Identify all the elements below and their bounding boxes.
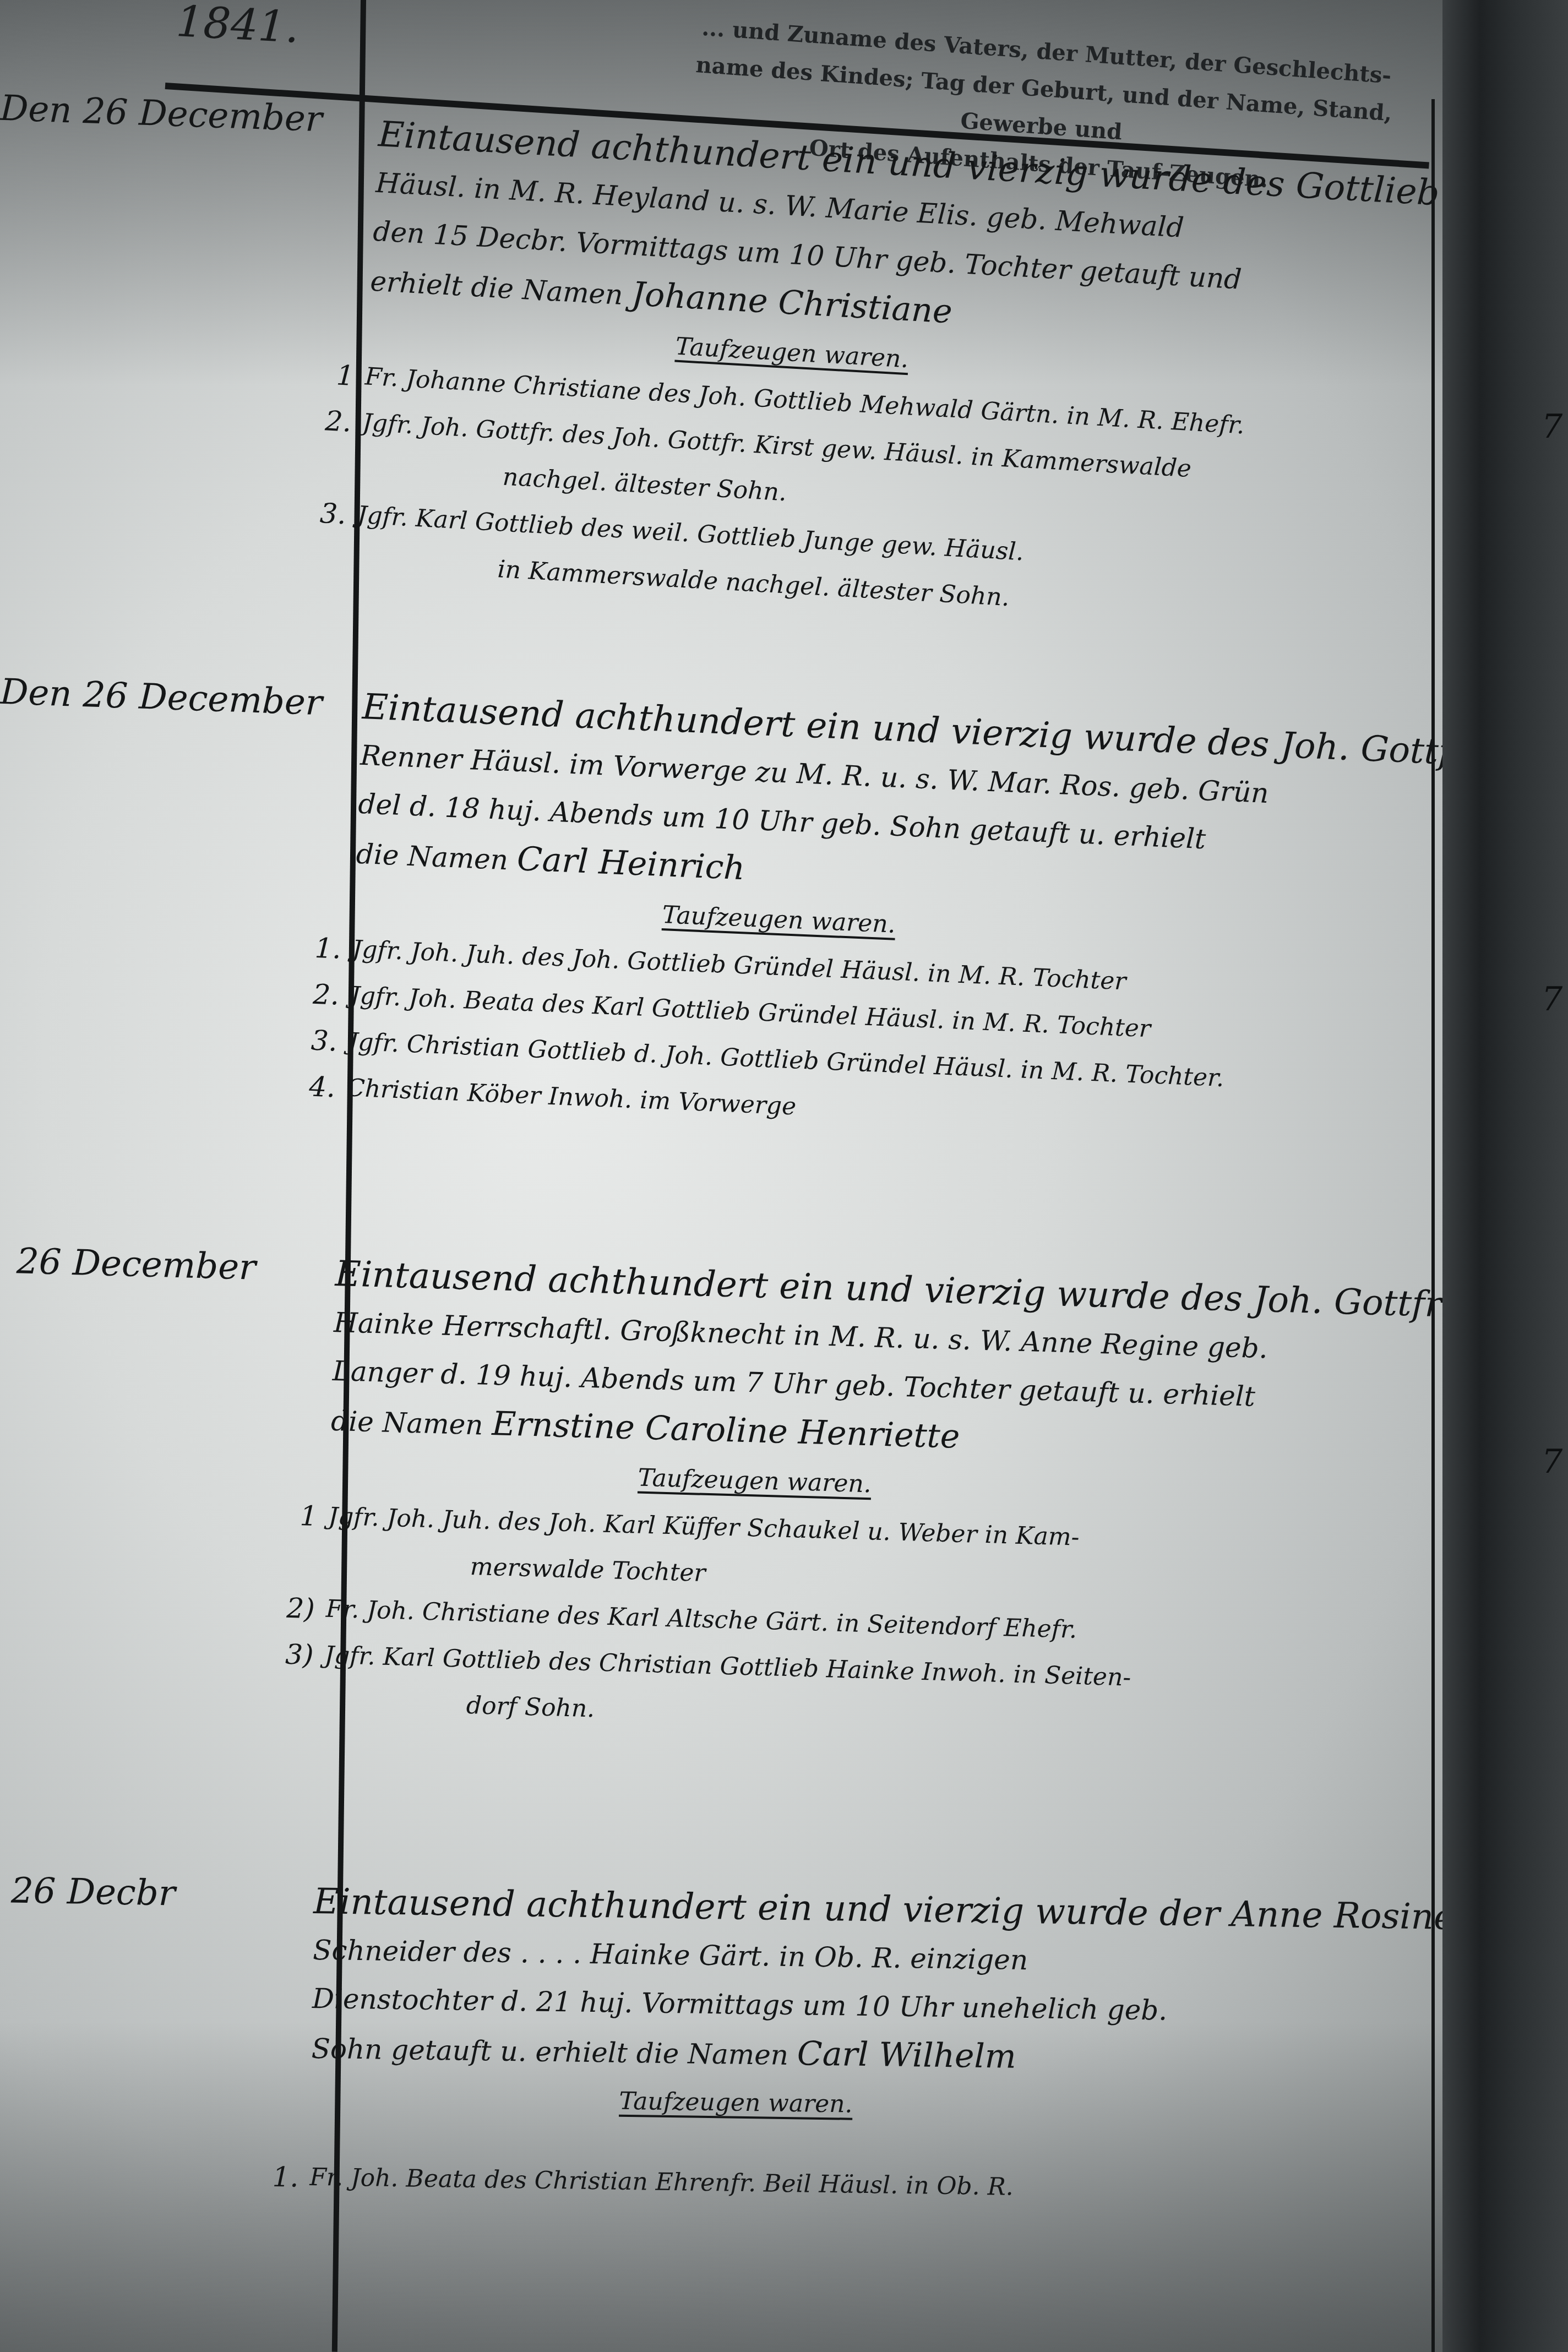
sponsor-number: 1 bbox=[278, 1492, 318, 1539]
sponsor-text: Fr. Joh. Beata des Christian Ehrenfr. Be… bbox=[309, 2163, 1014, 2201]
adjacent-page-mark: 7 bbox=[1542, 980, 1562, 1019]
sponsor-number: 3. bbox=[298, 1017, 338, 1065]
sponsor-number: 3) bbox=[274, 1631, 314, 1678]
child-name: Carl Wilhelm bbox=[797, 2034, 1016, 2076]
sponsor-continuation: dorf Sohn. bbox=[323, 1679, 1485, 1757]
register-page: 1841. ... und Zuname des Vaters, der Mut… bbox=[0, 0, 1568, 2352]
sponsor-number: 2. bbox=[300, 971, 340, 1019]
sponsor-text: Christian Köber Inwoh. im Vorwerge bbox=[346, 1074, 797, 1120]
sponsor-number: 2. bbox=[312, 397, 353, 445]
year-label: 1841. bbox=[175, 0, 301, 53]
sponsor-number: 1. bbox=[302, 924, 342, 972]
child-name: Carl Heinrich bbox=[516, 840, 746, 888]
book-gutter: 7 7 7 bbox=[1442, 0, 1568, 2352]
names-label: die Namen bbox=[331, 1405, 484, 1441]
sponsor-number: 1. bbox=[260, 2154, 299, 2201]
sponsor-number: 1 bbox=[314, 351, 356, 399]
entry-date: 26 Decbr bbox=[10, 1870, 176, 1914]
sponsor-number: 4. bbox=[296, 1063, 336, 1111]
adjacent-page-mark: 7 bbox=[1542, 1442, 1562, 1481]
entry-body: Eintausend achthundert ein und vierzig w… bbox=[345, 683, 1523, 1160]
entry-body: Eintausend achthundert ein und vierzig w… bbox=[353, 110, 1538, 649]
sponsor-number: 3. bbox=[307, 489, 348, 538]
entry-body: Eintausend achthundert ein und vierzig w… bbox=[309, 1877, 1455, 2217]
sponsor-number: 2) bbox=[276, 1585, 315, 1632]
names-label: die Namen bbox=[356, 838, 509, 876]
entry-date: 26 December bbox=[16, 1241, 257, 1288]
names-label: Sohn getauft u. erhielt die Namen bbox=[311, 2033, 788, 2071]
entry-date: Den 26 December bbox=[0, 672, 323, 723]
adjacent-page-mark: 7 bbox=[1542, 407, 1562, 446]
entry-body: Eintausend achthundert ein und vierzig w… bbox=[323, 1250, 1497, 1757]
child-name: Ernstine Caroline Henriette bbox=[491, 1404, 960, 1456]
names-label: erhielt die Namen bbox=[369, 265, 624, 312]
